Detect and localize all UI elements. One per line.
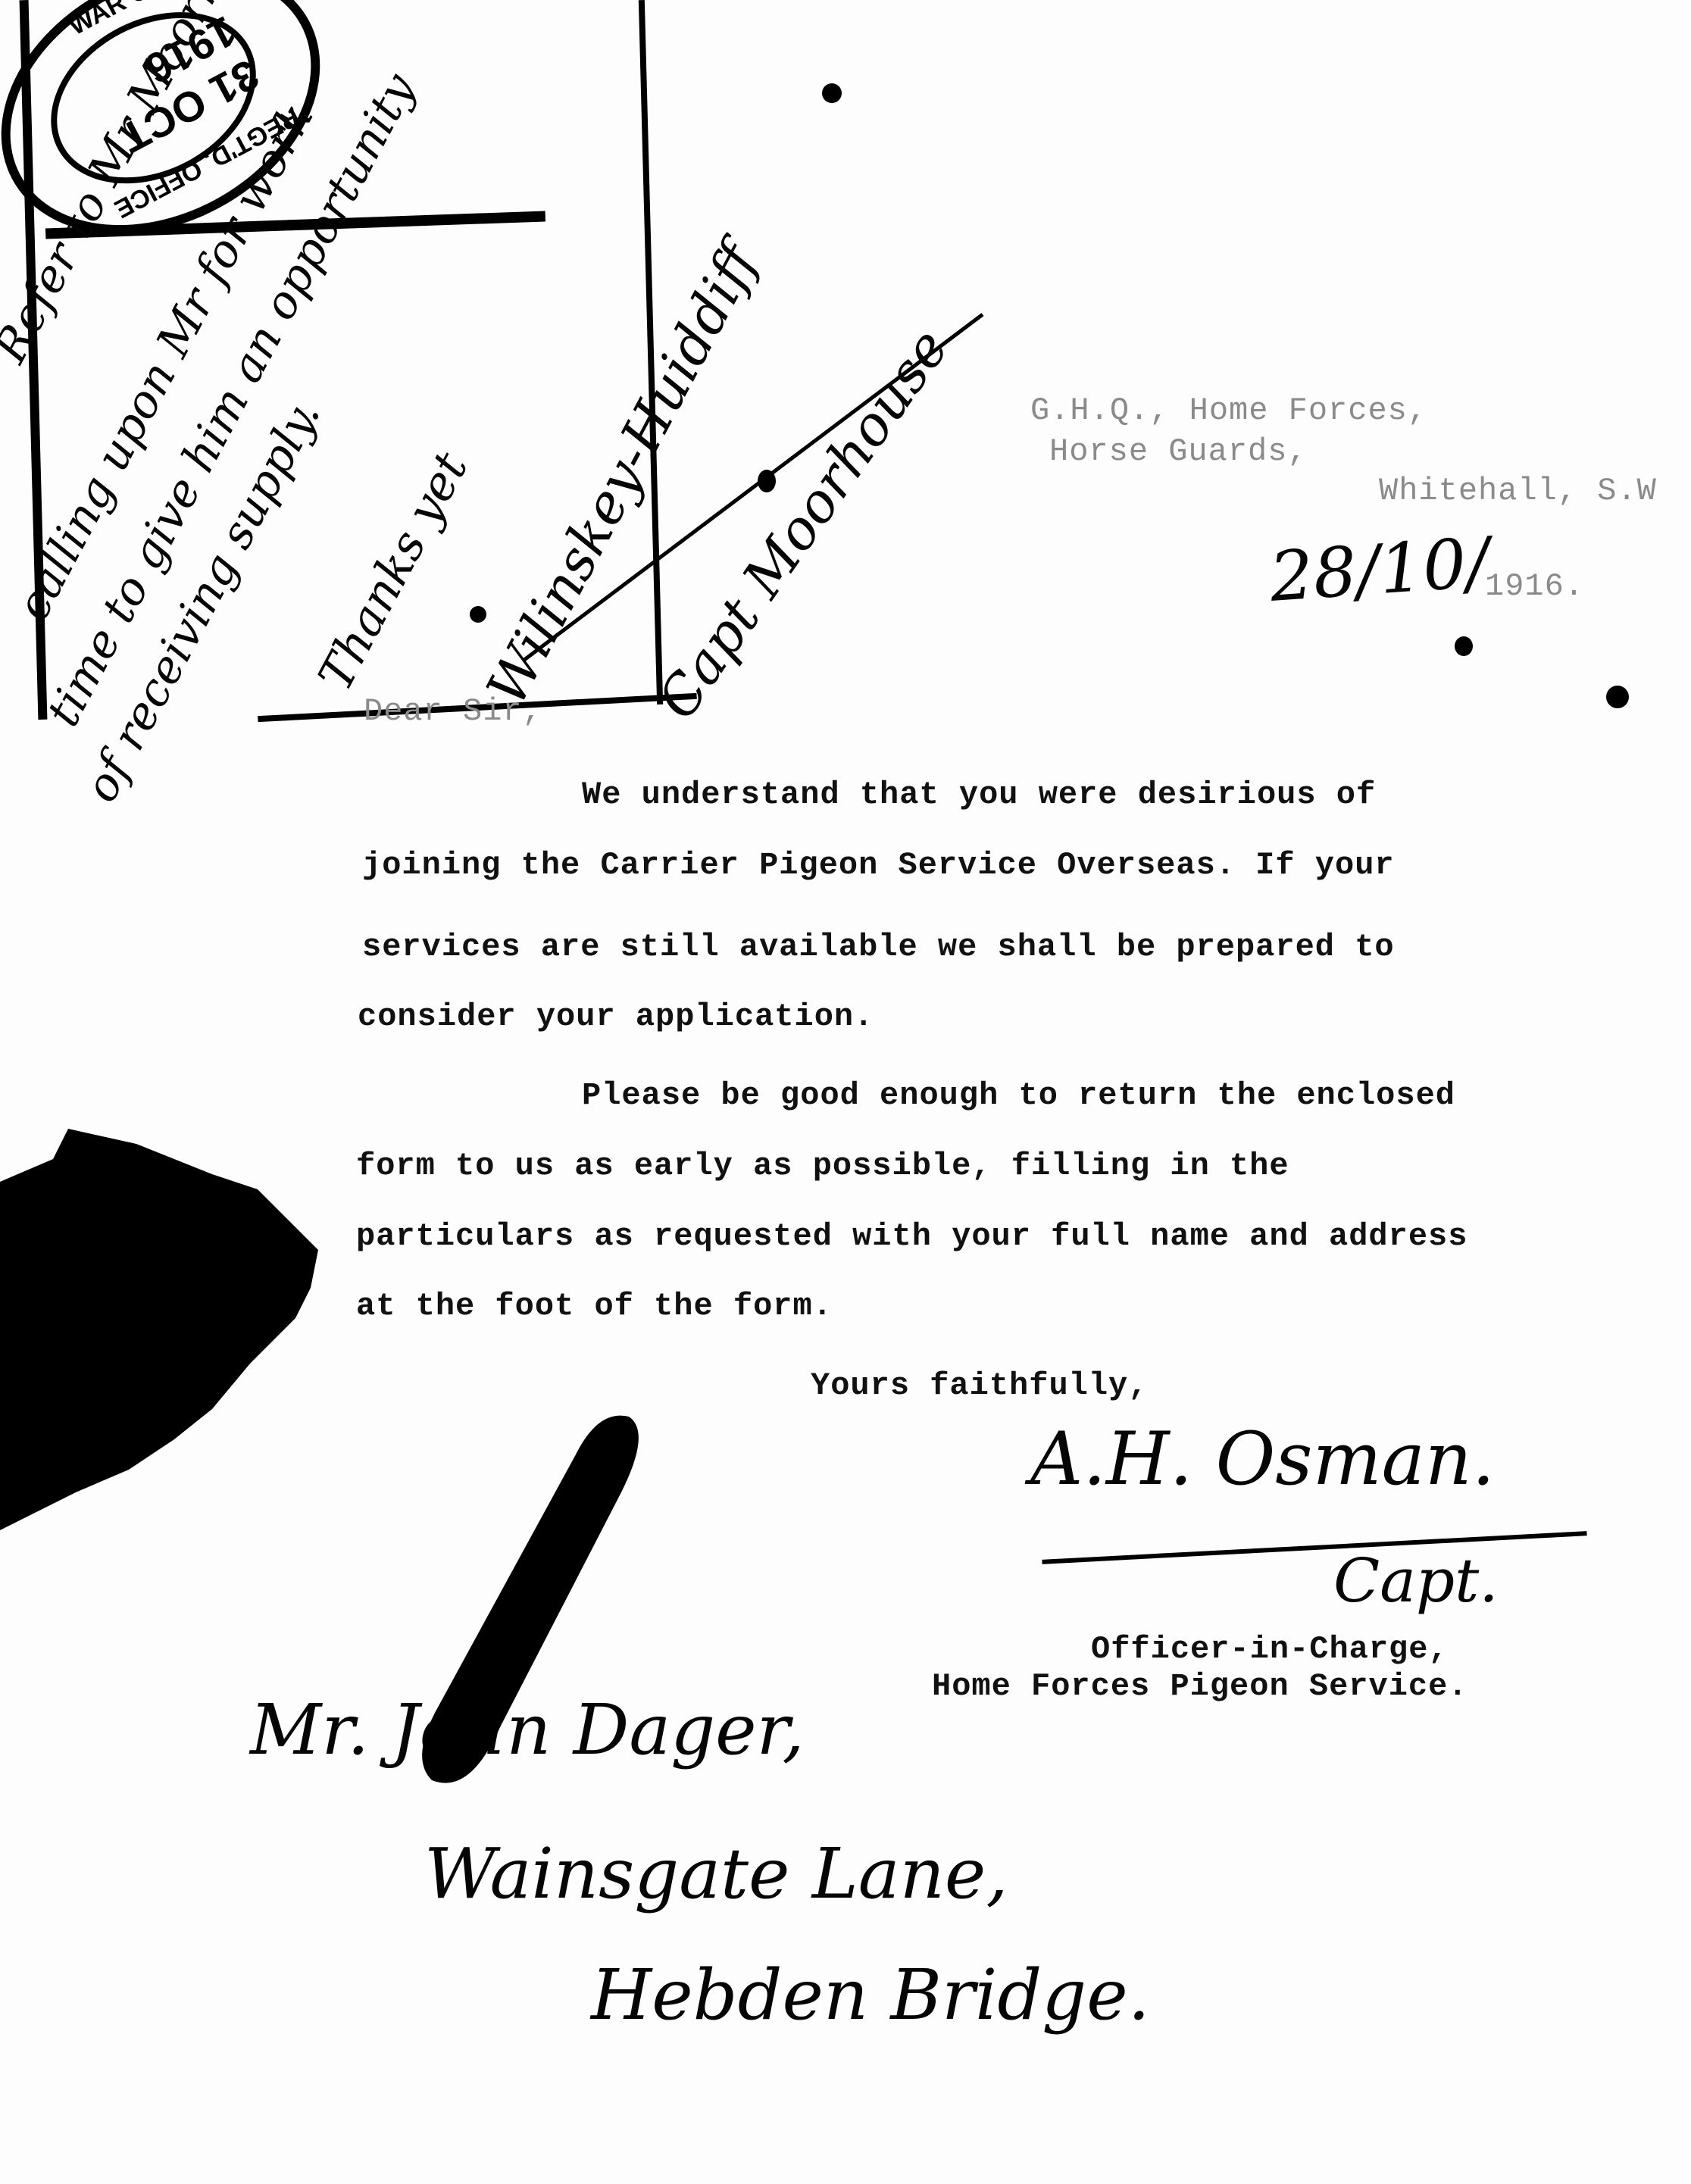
body-p2-line-2: form to us as early as possible, filling… [356, 1148, 1289, 1184]
handwritten-date: 28/10/ [1267, 523, 1492, 617]
ink-spot [1455, 636, 1473, 656]
addressee-street: Wainsgate Lane, [424, 1833, 1008, 1914]
officer-title-line-2: Home Forces Pigeon Service. [932, 1668, 1468, 1704]
ink-spot [758, 470, 776, 492]
salutation: Dear Sir, [364, 693, 542, 730]
ink-blot-left [0, 1061, 349, 2007]
letterhead-line-2: Horse Guards, [1049, 433, 1308, 470]
ink-spot [822, 83, 842, 103]
typed-year: 1916. [1485, 568, 1584, 605]
letterhead-line-1: G.H.Q., Home Forces, [1030, 392, 1427, 429]
letterhead-line-3: Whitehall, S.W [1379, 473, 1657, 509]
signature-flourish [1042, 1531, 1586, 1564]
ink-streak [379, 1401, 667, 1826]
ink-spot [1606, 686, 1629, 708]
body-p2-line-4: at the foot of the form. [356, 1288, 833, 1324]
body-p1-line-1: We understand that you were desirious of [582, 776, 1376, 813]
ink-spot [470, 606, 486, 623]
minute-line-5: Thanks yet [308, 443, 479, 699]
valediction: Yours faithfully, [811, 1367, 1148, 1404]
rank: Capt. [1333, 1545, 1499, 1616]
body-p1-line-3: services are still available we shall be… [362, 929, 1395, 965]
officer-title-line-1: Officer-in-Charge, [1091, 1631, 1449, 1667]
body-p1-line-2: joining the Carrier Pigeon Service Overs… [362, 847, 1395, 883]
letter-page: 31 OCT 1916 WAR OFFICE REGT'D. OFFICE Re… [0, 0, 1691, 2184]
body-p1-line-4: consider your application. [358, 998, 874, 1035]
signature-osman: A.H. Osman. [1030, 1417, 1495, 1501]
body-p2-line-1: Please be good enough to return the encl… [582, 1077, 1455, 1114]
body-p2-line-3: particulars as requested with your full … [356, 1218, 1468, 1254]
addressee-town: Hebden Bridge. [591, 1954, 1150, 2036]
